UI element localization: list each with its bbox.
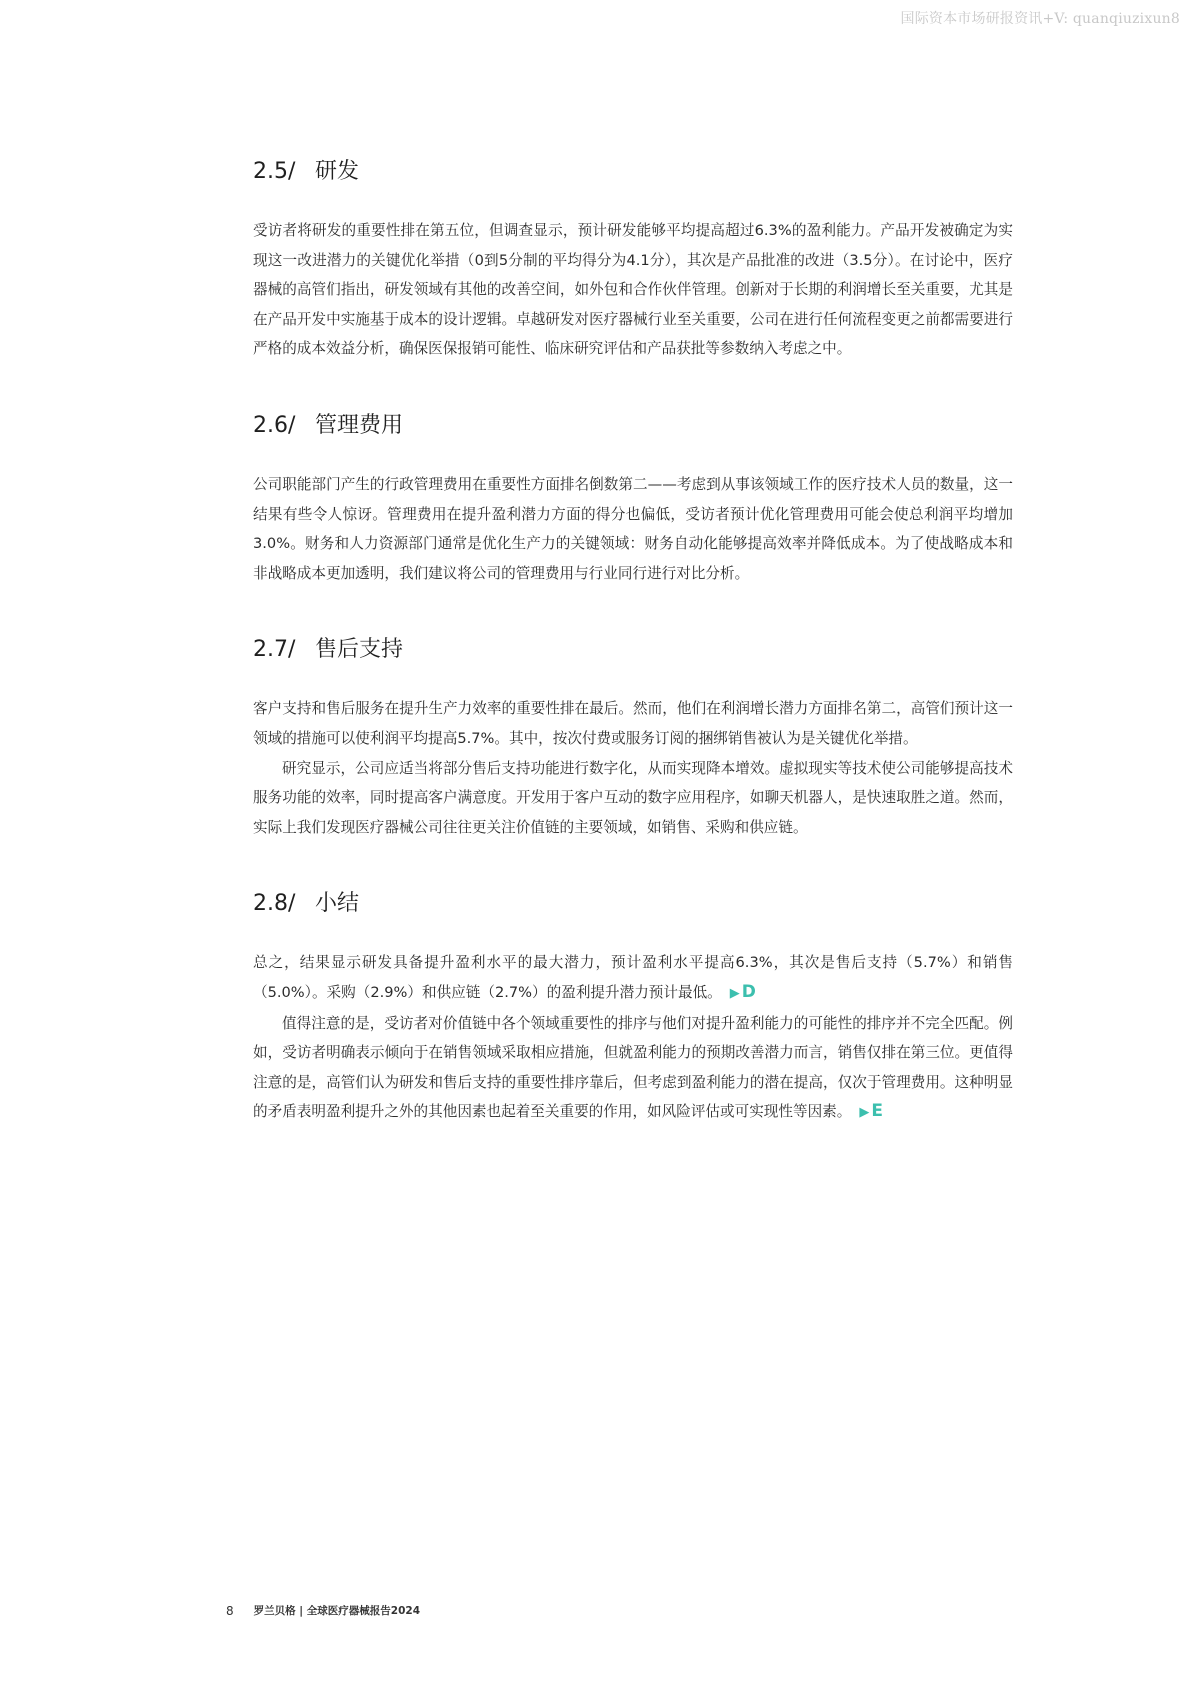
play-triangle-icon: ▶ [859,1105,869,1120]
play-triangle-icon: ▶ [730,986,740,1001]
page-footer: 8 罗兰贝格 | 全球医疗器械报告2024 [226,1603,420,1618]
paragraph: 公司职能部门产生的行政管理费用在重要性方面排名倒数第二——考虑到从事该领域工作的… [253,470,1013,588]
section-title: 管理费用 [315,404,403,448]
paragraph: 受访者将研发的重要性排在第五位，但调查显示，预计研发能够平均提高超过6.3%的盈… [253,216,1013,364]
section-admin-costs: 2.6/ 管理费用 公司职能部门产生的行政管理费用在重要性方面排名倒数第二——考… [253,404,1013,588]
exhibit-label: D [742,982,756,1002]
section-heading: 2.7/ 售后支持 [253,628,1013,672]
paragraph: 总之，结果显示研发具备提升盈利水平的最大潜力，预计盈利水平提高6.3%，其次是售… [253,948,1013,1008]
section-number: 2.7/ [253,628,315,672]
paragraph: 客户支持和售后服务在提升生产力效率的重要性排在最后。然而，他们在利润增长潜力方面… [253,694,1013,753]
paragraph: 研究显示，公司应适当将部分售后支持功能进行数字化，从而实现降本增效。虚拟现实等技… [253,754,1013,843]
section-rd: 2.5/ 研发 受访者将研发的重要性排在第五位，但调查显示，预计研发能够平均提高… [253,150,1013,364]
section-after-sales: 2.7/ 售后支持 客户支持和售后服务在提升生产力效率的重要性排在最后。然而，他… [253,628,1013,842]
section-title: 研发 [315,150,359,194]
page-number: 8 [226,1604,234,1618]
document-body: 2.5/ 研发 受访者将研发的重要性排在第五位，但调查显示，预计研发能够平均提高… [253,150,1013,1128]
section-heading: 2.5/ 研发 [253,150,1013,194]
exhibit-link-d[interactable]: ▶D [730,982,756,1002]
section-number: 2.6/ [253,404,315,448]
exhibit-label: E [871,1101,883,1121]
section-title: 小结 [315,882,359,926]
section-heading: 2.8/ 小结 [253,882,1013,926]
report-title: 罗兰贝格 | 全球医疗器械报告2024 [254,1603,420,1618]
paragraph: 值得注意的是，受访者对价值链中各个领域重要性的排序与他们对提升盈利能力的可能性的… [253,1009,1013,1128]
paragraph-text: 总之，结果显示研发具备提升盈利水平的最大潜力，预计盈利水平提高6.3%，其次是售… [253,954,1013,1001]
section-number: 2.8/ [253,882,315,926]
exhibit-link-e[interactable]: ▶E [859,1101,883,1121]
section-title: 售后支持 [315,628,403,672]
watermark: 国际资本市场研报资讯+V: quanqiuzixun8 [901,8,1181,28]
paragraph-text: 值得注意的是，受访者对价值链中各个领域重要性的排序与他们对提升盈利能力的可能性的… [253,1015,1013,1121]
section-heading: 2.6/ 管理费用 [253,404,1013,448]
section-summary: 2.8/ 小结 总之，结果显示研发具备提升盈利水平的最大潜力，预计盈利水平提高6… [253,882,1013,1128]
section-number: 2.5/ [253,150,315,194]
